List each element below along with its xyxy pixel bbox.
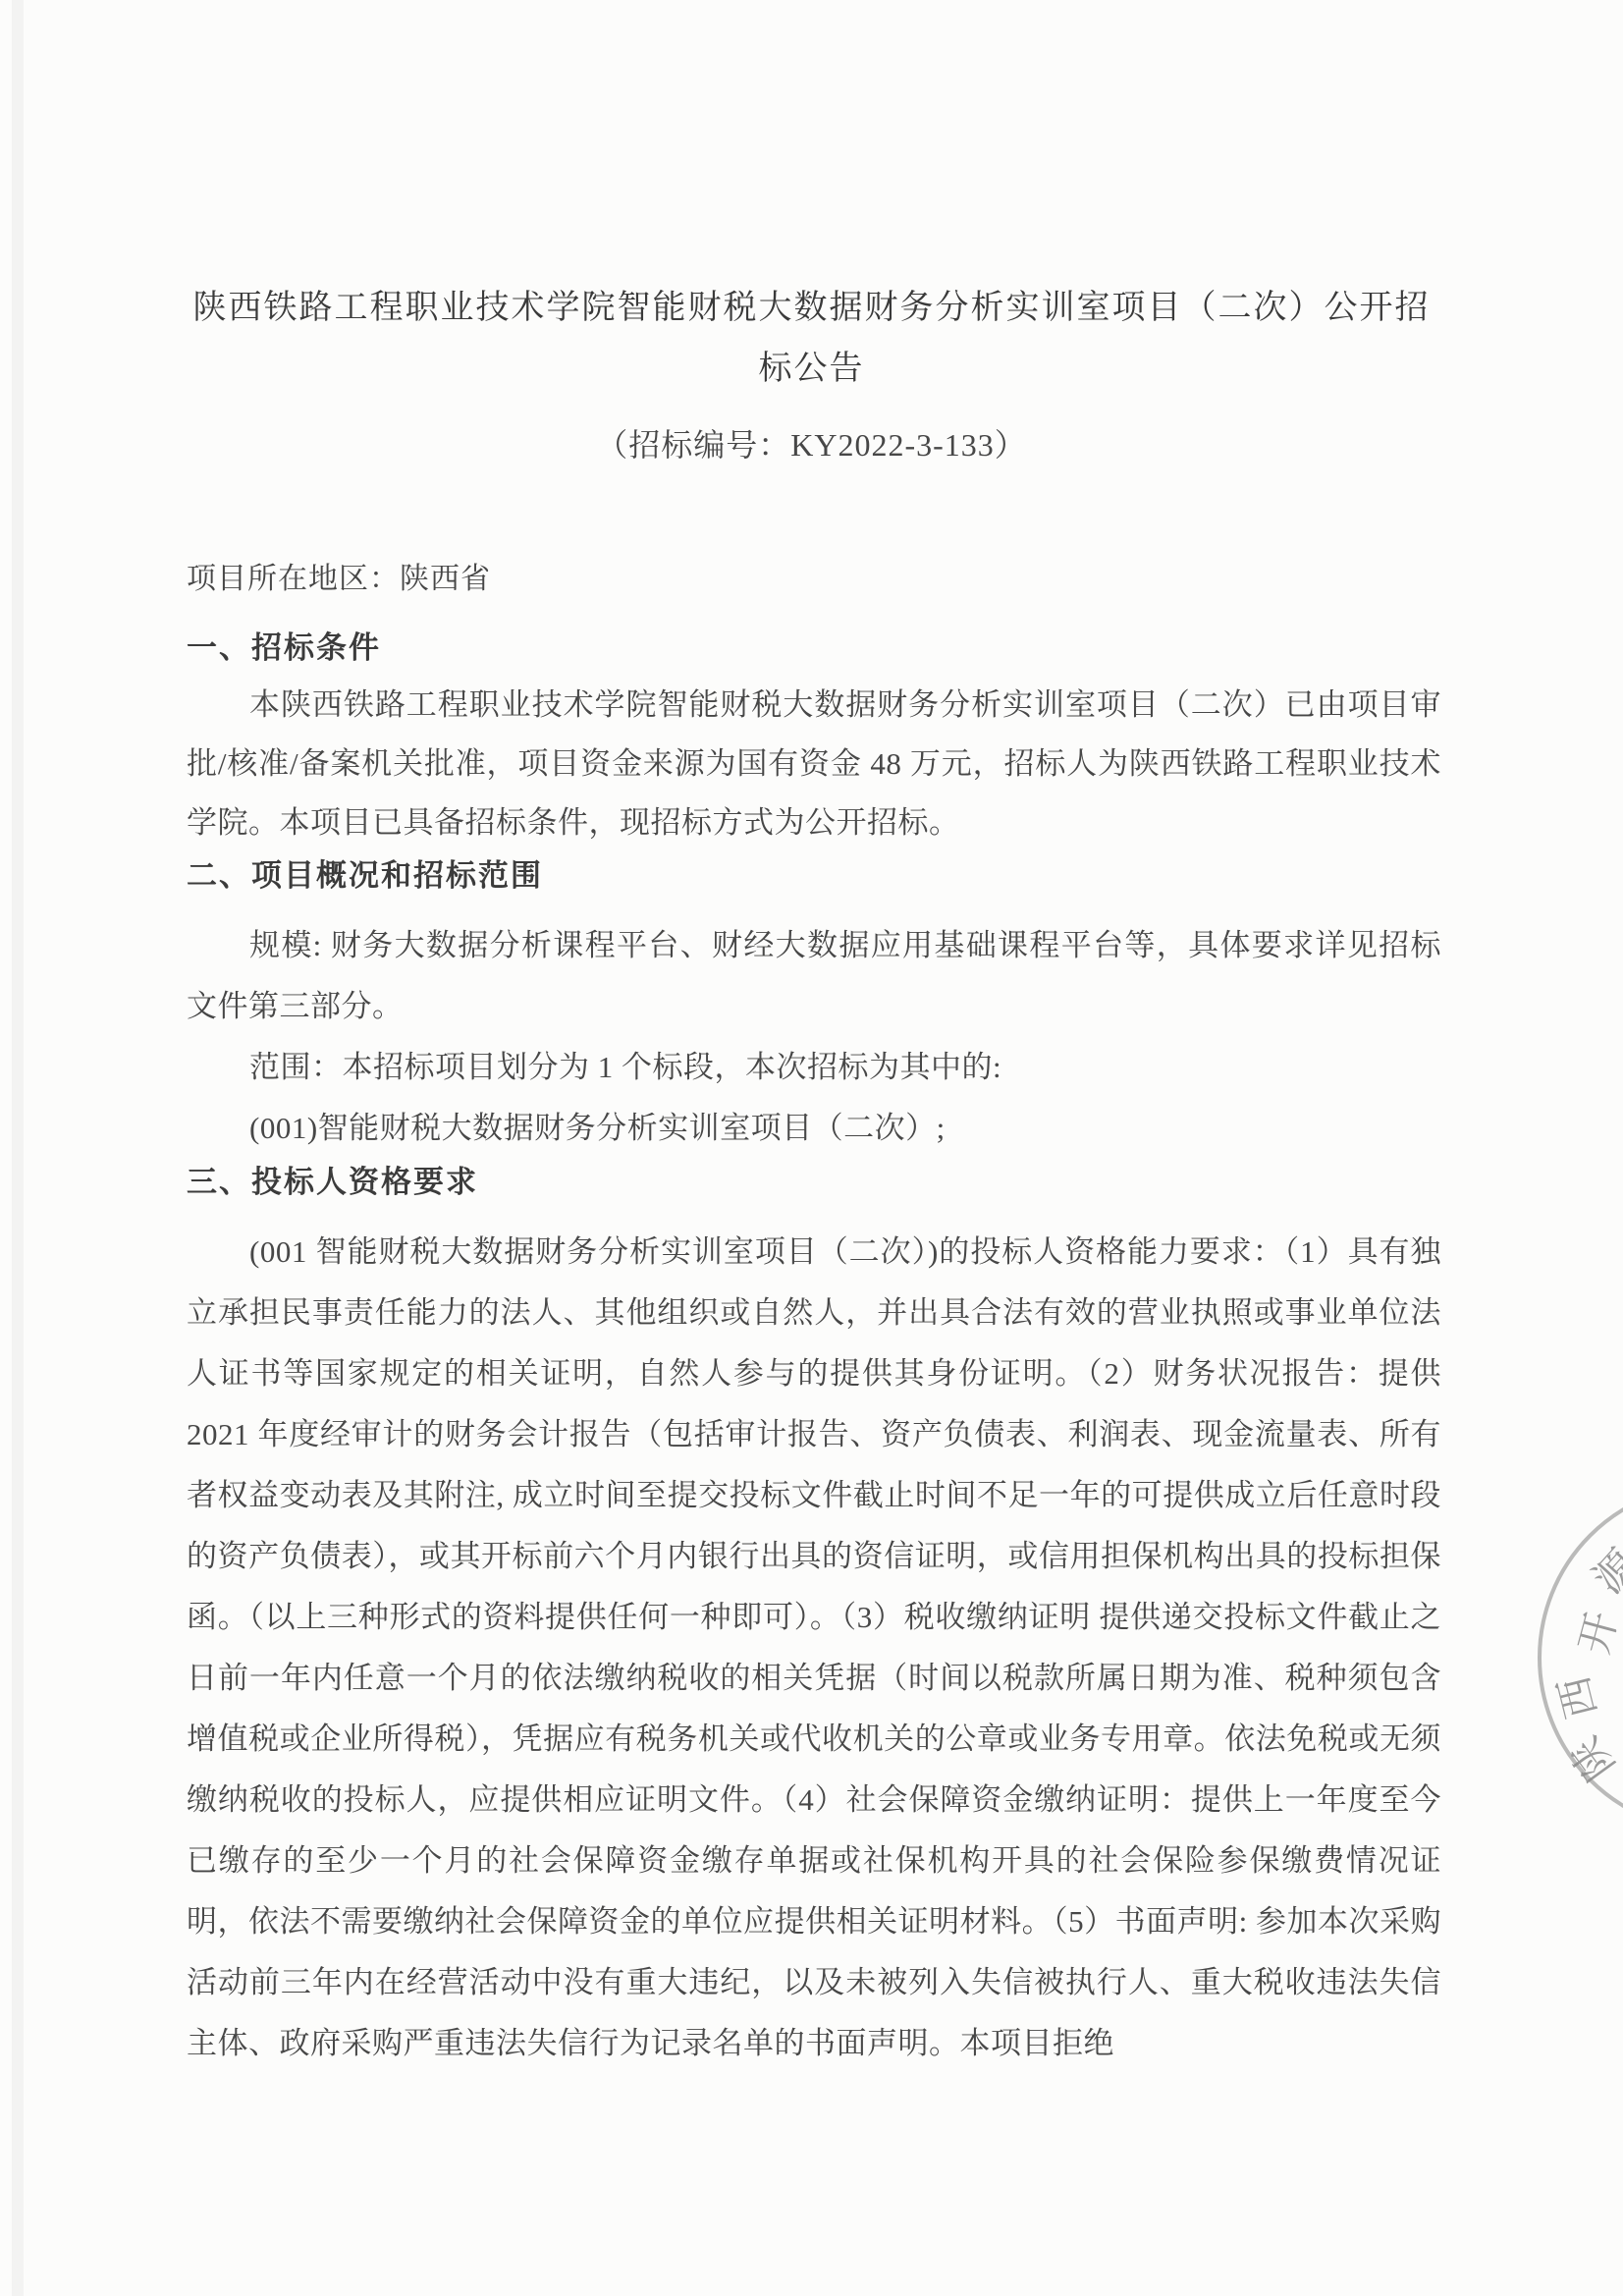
- tender-number: （招标编号：KY2022-3-133）: [0, 420, 1623, 465]
- document-title-line1: 陕西铁路工程职业技术学院智能财税大数据财务分析实训室项目（二次）公开招: [0, 285, 1623, 332]
- section2-scope-paragraph: 范围：本招标项目划分为 1 个标段，本次招标为其中的:: [187, 1037, 1441, 1098]
- section3-heading: 三、投标人资格要求: [187, 1157, 478, 1201]
- section1-paragraph: 本陕西铁路工程职业技术学院智能财税大数据财务分析实训室项目（二次）已由项目审批/…: [187, 676, 1441, 852]
- scanned-document-page: 陕西铁路工程职业技术学院智能财税大数据财务分析实训室项目（二次）公开招 标公告 …: [0, 0, 1623, 2296]
- project-location: 项目所在地区：陕西省: [187, 554, 491, 597]
- section2-heading: 二、项目概况和招标范围: [187, 850, 543, 895]
- section2-lot-paragraph: (001)智能财税大数据财务分析实训室项目（二次）;: [187, 1098, 1441, 1159]
- section2-scale-paragraph: 规模: 财务大数据分析课程平台、财经大数据应用基础课程平台等，具体要求详见招标文…: [187, 915, 1441, 1037]
- scan-artifact-strip: [12, 0, 24, 2296]
- section3-paragraph: (001 智能财税大数据财务分析实训室项目（二次）)的投标人资格能力要求：（1）…: [187, 1222, 1441, 2074]
- section1-heading: 一、招标条件: [187, 623, 381, 667]
- document-title-line2: 标公告: [0, 346, 1623, 393]
